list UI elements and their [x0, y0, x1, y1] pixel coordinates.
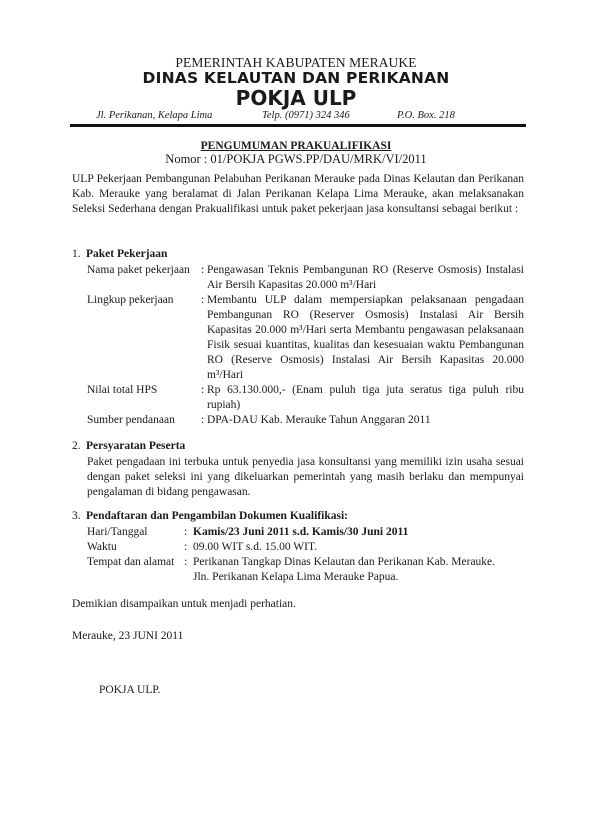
section-title: Persyaratan Peserta [86, 440, 185, 452]
section-3-heading: 3.Pendaftaran dan Pengambilan Dokumen Ku… [72, 510, 348, 522]
letterhead-unit: POKJA ULP [0, 86, 592, 110]
field-value: Jln. Perikanan Kelapa Lima Merauke Papua… [193, 570, 524, 585]
field-label: Tempat dan alamat [87, 555, 174, 570]
section-title: Paket Pekerjaan [86, 248, 167, 260]
closing-statement: Demikian disampaikan untuk menjadi perha… [72, 598, 296, 610]
letterhead-divider [70, 124, 526, 127]
field-value: DPA-DAU Kab. Merauke Tahun Anggaran 2011 [207, 413, 524, 428]
field-label: Waktu [87, 540, 117, 555]
letterhead-po-box: P.O. Box. 218 [397, 110, 455, 121]
field-value: Pengawasan Teknis Pembangunan RO (Reserv… [207, 263, 524, 293]
field-colon: : [201, 293, 204, 308]
section-title: Pendaftaran dan Pengambilan Dokumen Kual… [86, 510, 348, 522]
field-label: Lingkup pekerjaan [87, 293, 174, 308]
field-colon: : [201, 263, 204, 278]
intro-paragraph: ULP Pekerjaan Pembangunan Pelabuhan Peri… [72, 172, 524, 217]
place-date: Merauke, 23 JUNI 2011 [72, 630, 183, 642]
field-value: Rp 63.130.000,- (Enam puluh tiga juta se… [207, 383, 524, 413]
letterhead-phone: Telp. (0971) 324 346 [262, 110, 350, 121]
field-label: Sumber pendanaan [87, 413, 175, 428]
field-value: Membantu ULP dalam mempersiapkan pelaksa… [207, 293, 524, 383]
section-1-heading: 1.Paket Pekerjaan [72, 248, 167, 260]
announcement-title: PENGUMUMAN PRAKUALIFIKASI [0, 140, 592, 152]
section-2-heading: 2.Persyaratan Peserta [72, 440, 185, 452]
field-value: Kamis/23 Juni 2011 s.d. Kamis/30 Juni 20… [193, 525, 524, 540]
section-number: 2. [72, 440, 86, 452]
field-value: Perikanan Tangkap Dinas Kelautan dan Per… [193, 555, 524, 570]
field-label: Nilai total HPS [87, 383, 157, 398]
letterhead-address: Jl. Perikanan, Kelapa Lima [96, 110, 212, 121]
field-label: Nama paket pekerjaan [87, 263, 190, 278]
announcement-number: Nomor : 01/POKJA PGWS.PP/DAU/MRK/VI/2011 [0, 152, 592, 167]
letterhead-agency: DINAS KELAUTAN DAN PERIKANAN [0, 69, 592, 87]
section-number: 3. [72, 510, 86, 522]
field-colon: : [184, 540, 187, 555]
field-value: 09.00 WIT s.d. 15.00 WIT. [193, 540, 524, 555]
field-colon: : [201, 383, 204, 398]
field-colon: : [184, 555, 187, 570]
section-number: 1. [72, 248, 86, 260]
field-colon: : [184, 525, 187, 540]
field-label: Hari/Tanggal [87, 525, 148, 540]
document-page: PEMERINTAH KABUPATEN MERAUKE DINAS KELAU… [0, 0, 592, 836]
section-2-body: Paket pengadaan ini terbuka untuk penyed… [87, 455, 524, 500]
signatory: POKJA ULP. [99, 684, 160, 696]
field-colon: : [201, 413, 204, 428]
